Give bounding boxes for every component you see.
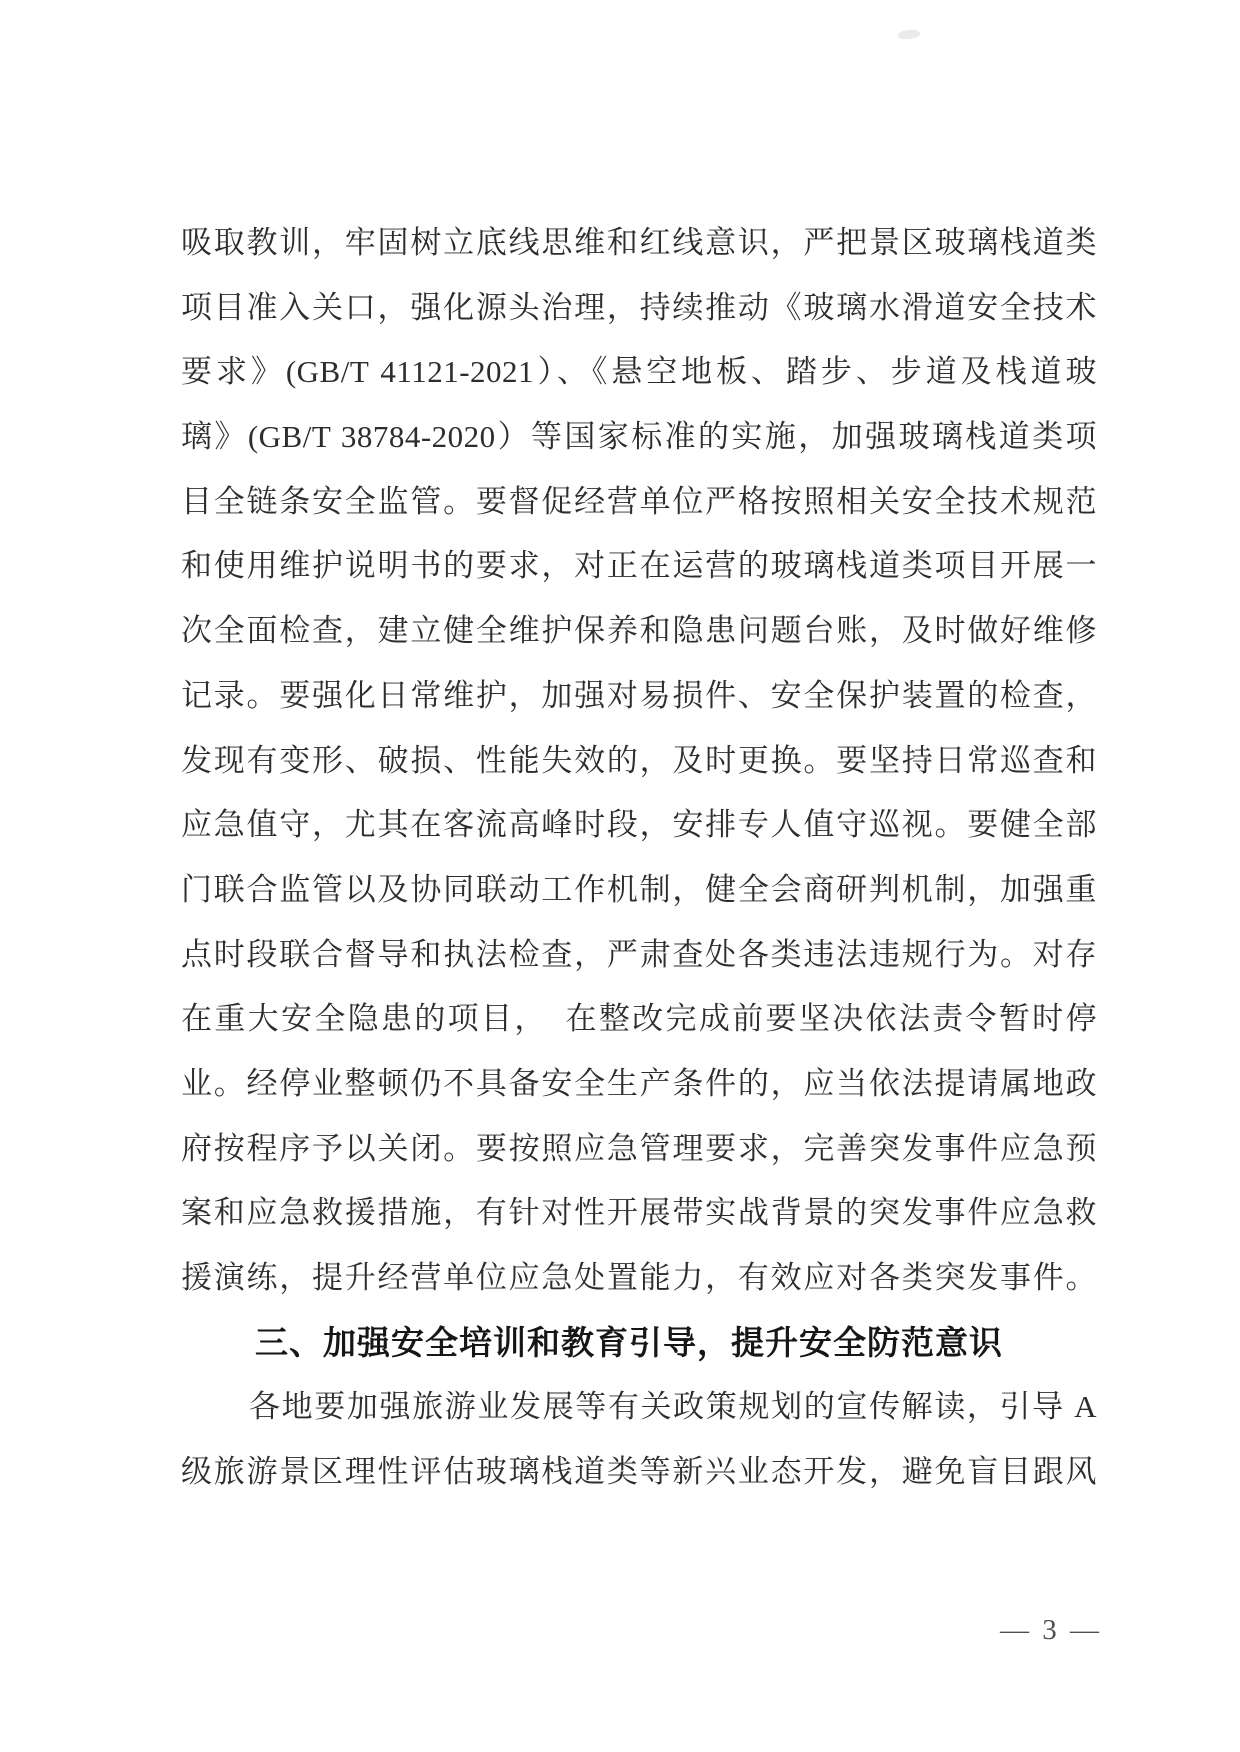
text-line: 要求》(GB/T 41121-2021）、《悬空地板、踏步、步道及栈道玻 xyxy=(181,340,1097,405)
text-line: 璃》(GB/T 38784-2020）等国家标准的实施，加强玻璃栈道类项 xyxy=(181,405,1097,470)
text-line: 记录。要强化日常维护，加强对易损件、安全保护装置的检查， xyxy=(181,664,1097,729)
text-line: 案和应急救援措施，有针对性开展带实战背景的突发事件应急救 xyxy=(181,1181,1097,1246)
text-line: 业。经停业整顿仍不具备安全生产条件的，应当依法提请属地政 xyxy=(181,1052,1097,1117)
document-body: 吸取教训，牢固树立底线思维和红线意识，严把景区玻璃栈道类 项目准入关口，强化源头… xyxy=(181,211,1097,1505)
scan-speckle xyxy=(898,29,921,40)
text-line: 援演练，提升经营单位应急处置能力，有效应对各类突发事件。 xyxy=(181,1246,1097,1311)
text-line: 在重大安全隐患的项目， 在整改完成前要坚决依法责令暂时停 xyxy=(181,987,1097,1052)
text-line: 目全链条安全监管。要督促经营单位严格按照相关安全技术规范 xyxy=(181,470,1097,535)
text-line: 和使用维护说明书的要求，对正在运营的玻璃栈道类项目开展一 xyxy=(181,534,1097,599)
text-line: 级旅游景区理性评估玻璃栈道类等新兴业态开发，避免盲目跟风 xyxy=(181,1440,1097,1505)
text-line: 应急值守，尤其在客流高峰时段，安排专人值守巡视。要健全部 xyxy=(181,793,1097,858)
text-line: 吸取教训，牢固树立底线思维和红线意识，严把景区玻璃栈道类 xyxy=(181,211,1097,276)
text-line: 点时段联合督导和执法检查，严肃查处各类违法违规行为。对存 xyxy=(181,923,1097,988)
text-line: 次全面检查，建立健全维护保养和隐患问题台账，及时做好维修 xyxy=(181,599,1097,664)
text-line: 发现有变形、破损、性能失效的，及时更换。要坚持日常巡查和 xyxy=(181,729,1097,794)
text-line: 府按程序予以关闭。要按照应急管理要求，完善突发事件应急预 xyxy=(181,1117,1097,1182)
text-line: 项目准入关口，强化源头治理，持续推动《玻璃水滑道安全技术 xyxy=(181,276,1097,341)
text-line: 门联合监管以及协同联动工作机制，健全会商研判机制，加强重 xyxy=(181,858,1097,923)
text-line: 各地要加强旅游业发展等有关政策规划的宣传解读，引导 A xyxy=(181,1375,1097,1440)
document-page: 吸取教训，牢固树立底线思维和红线意识，严把景区玻璃栈道类 项目准入关口，强化源头… xyxy=(0,0,1240,1752)
section-heading: 三、加强安全培训和教育引导，提升安全防范意识 xyxy=(181,1311,1097,1376)
page-number: — 3 — xyxy=(1000,1610,1130,1650)
